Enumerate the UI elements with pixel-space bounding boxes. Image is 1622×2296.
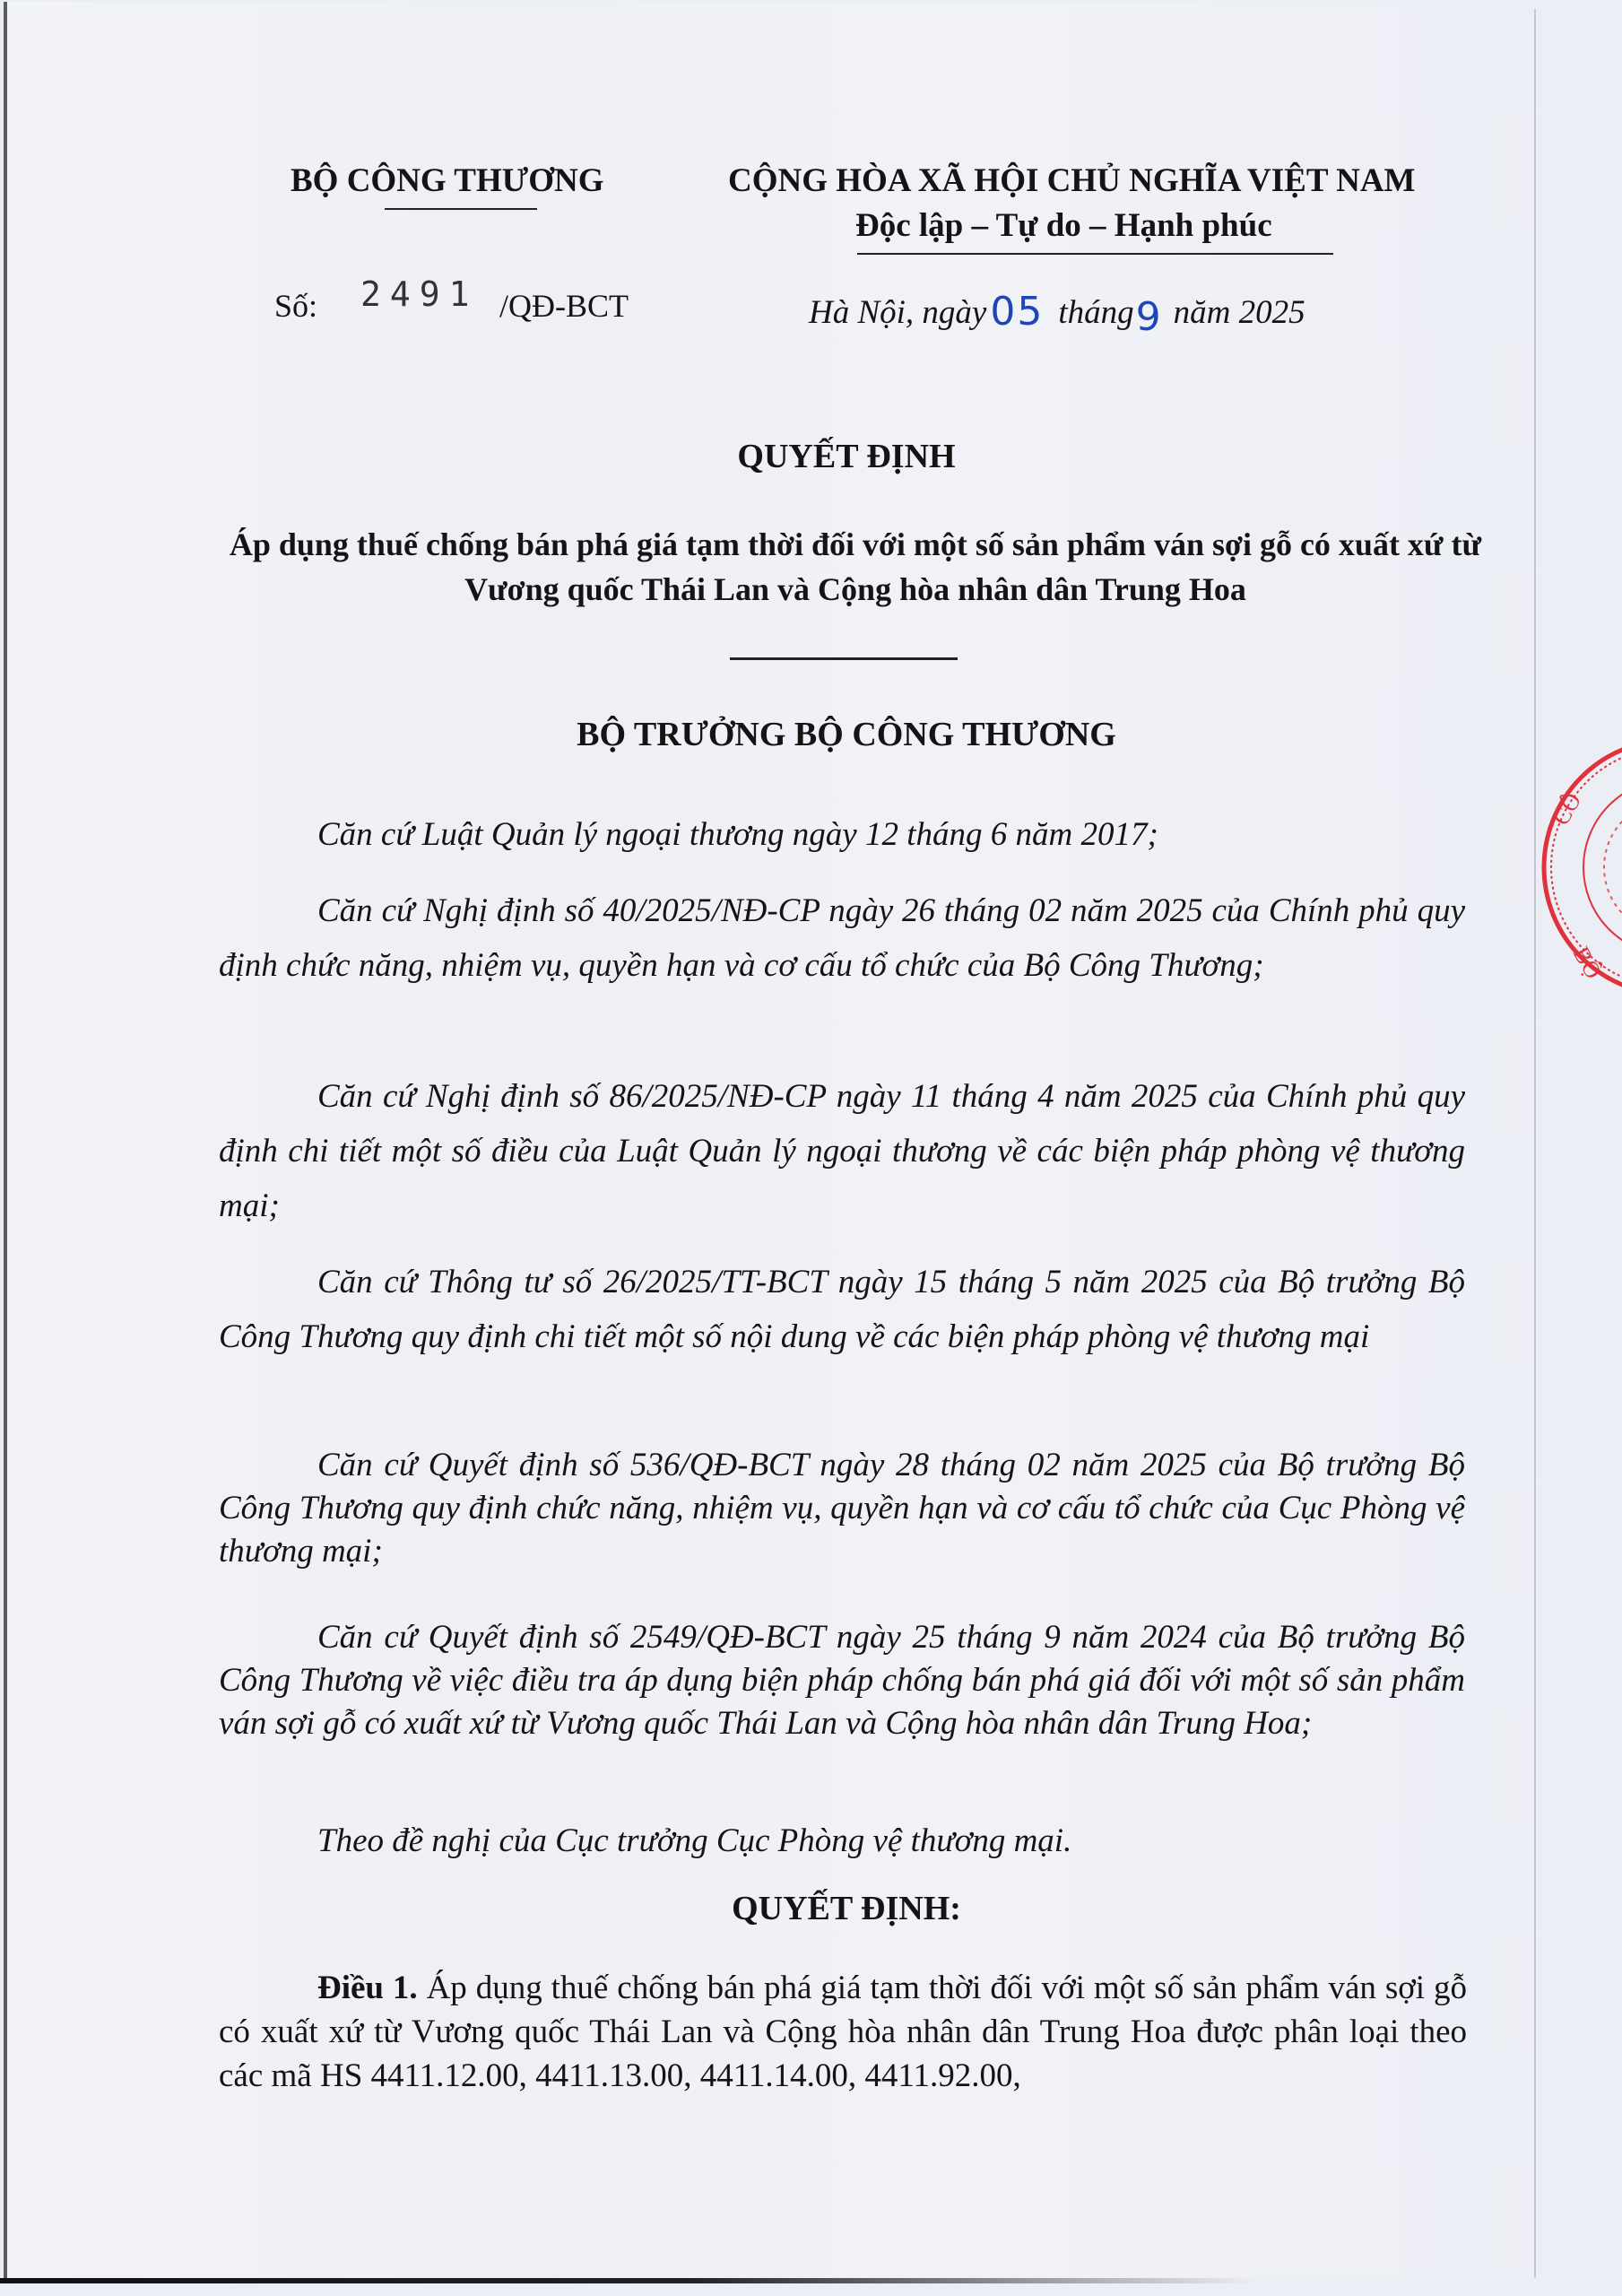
document-subtitle: Áp dụng thuế chống bán phá giá tạm thời …	[219, 522, 1492, 612]
year-text: năm 2025	[1174, 294, 1305, 331]
article-1-label: Điều 1.	[317, 1970, 418, 2006]
place-and-date: Hà Nội, ngày05tháng9năm 2025	[809, 287, 1305, 333]
document-number-stamped: 2491	[360, 274, 479, 314]
preamble-clause: Căn cứ Thông tư số 26/2025/TT-BCT ngày 1…	[219, 1255, 1465, 1364]
document-number-label: Số:	[274, 287, 317, 325]
title-divider	[730, 657, 958, 660]
preamble-clause: Căn cứ Quyết định số 536/QĐ-BCT ngày 28 …	[219, 1444, 1465, 1573]
preamble-clause: Căn cứ Nghị định số 40/2025/NĐ-CP ngày 2…	[219, 883, 1465, 993]
preamble-clause: Căn cứ Nghị định số 86/2025/NĐ-CP ngày 1…	[219, 1069, 1465, 1233]
page-fold-line	[1534, 9, 1536, 2278]
document-title: QUYẾT ĐỊNH	[4, 437, 1622, 476]
seal-icon: CÔ BỘ	[1537, 733, 1622, 1002]
issuing-authority: BỘ TRƯỞNG BỘ CÔNG THƯƠNG	[4, 715, 1622, 754]
agency-underline	[385, 208, 537, 210]
scan-bottom-edge	[0, 2278, 1255, 2283]
article-1: Điều 1. Áp dụng thuế chống bán phá giá t…	[219, 1966, 1467, 2098]
preamble-clause: Căn cứ Luật Quản lý ngoại thương ngày 12…	[219, 807, 1465, 862]
document-page: BỘ CÔNG THƯƠNG CỘNG HÒA XÃ HỘI CHỦ NGHĨA…	[4, 2, 1622, 2280]
red-seal-stamp: CÔ BỘ	[1537, 733, 1622, 1002]
preamble-clause: Căn cứ Quyết định số 2549/QĐ-BCT ngày 25…	[219, 1616, 1465, 1745]
motto-underline	[857, 253, 1333, 255]
document-number-suffix: /QĐ-BCT	[499, 287, 629, 325]
handwritten-month: 9	[1136, 294, 1161, 340]
national-title: CỘNG HÒA XÃ HỘI CHỦ NGHĨA VIỆT NAM	[728, 161, 1415, 200]
scan-left-edge	[4, 2, 7, 2280]
decision-heading: QUYẾT ĐỊNH:	[4, 1889, 1622, 1928]
place-prefix: Hà Nội, ngày	[809, 294, 986, 331]
handwritten-day: 05	[990, 289, 1044, 335]
issuing-agency: BỘ CÔNG THƯƠNG	[291, 161, 603, 200]
month-label: tháng	[1058, 294, 1133, 331]
national-motto: Độc lập – Tự do – Hạnh phúc	[855, 206, 1272, 245]
preamble-clause: Theo đề nghị của Cục trưởng Cục Phòng vệ…	[219, 1813, 1465, 1868]
